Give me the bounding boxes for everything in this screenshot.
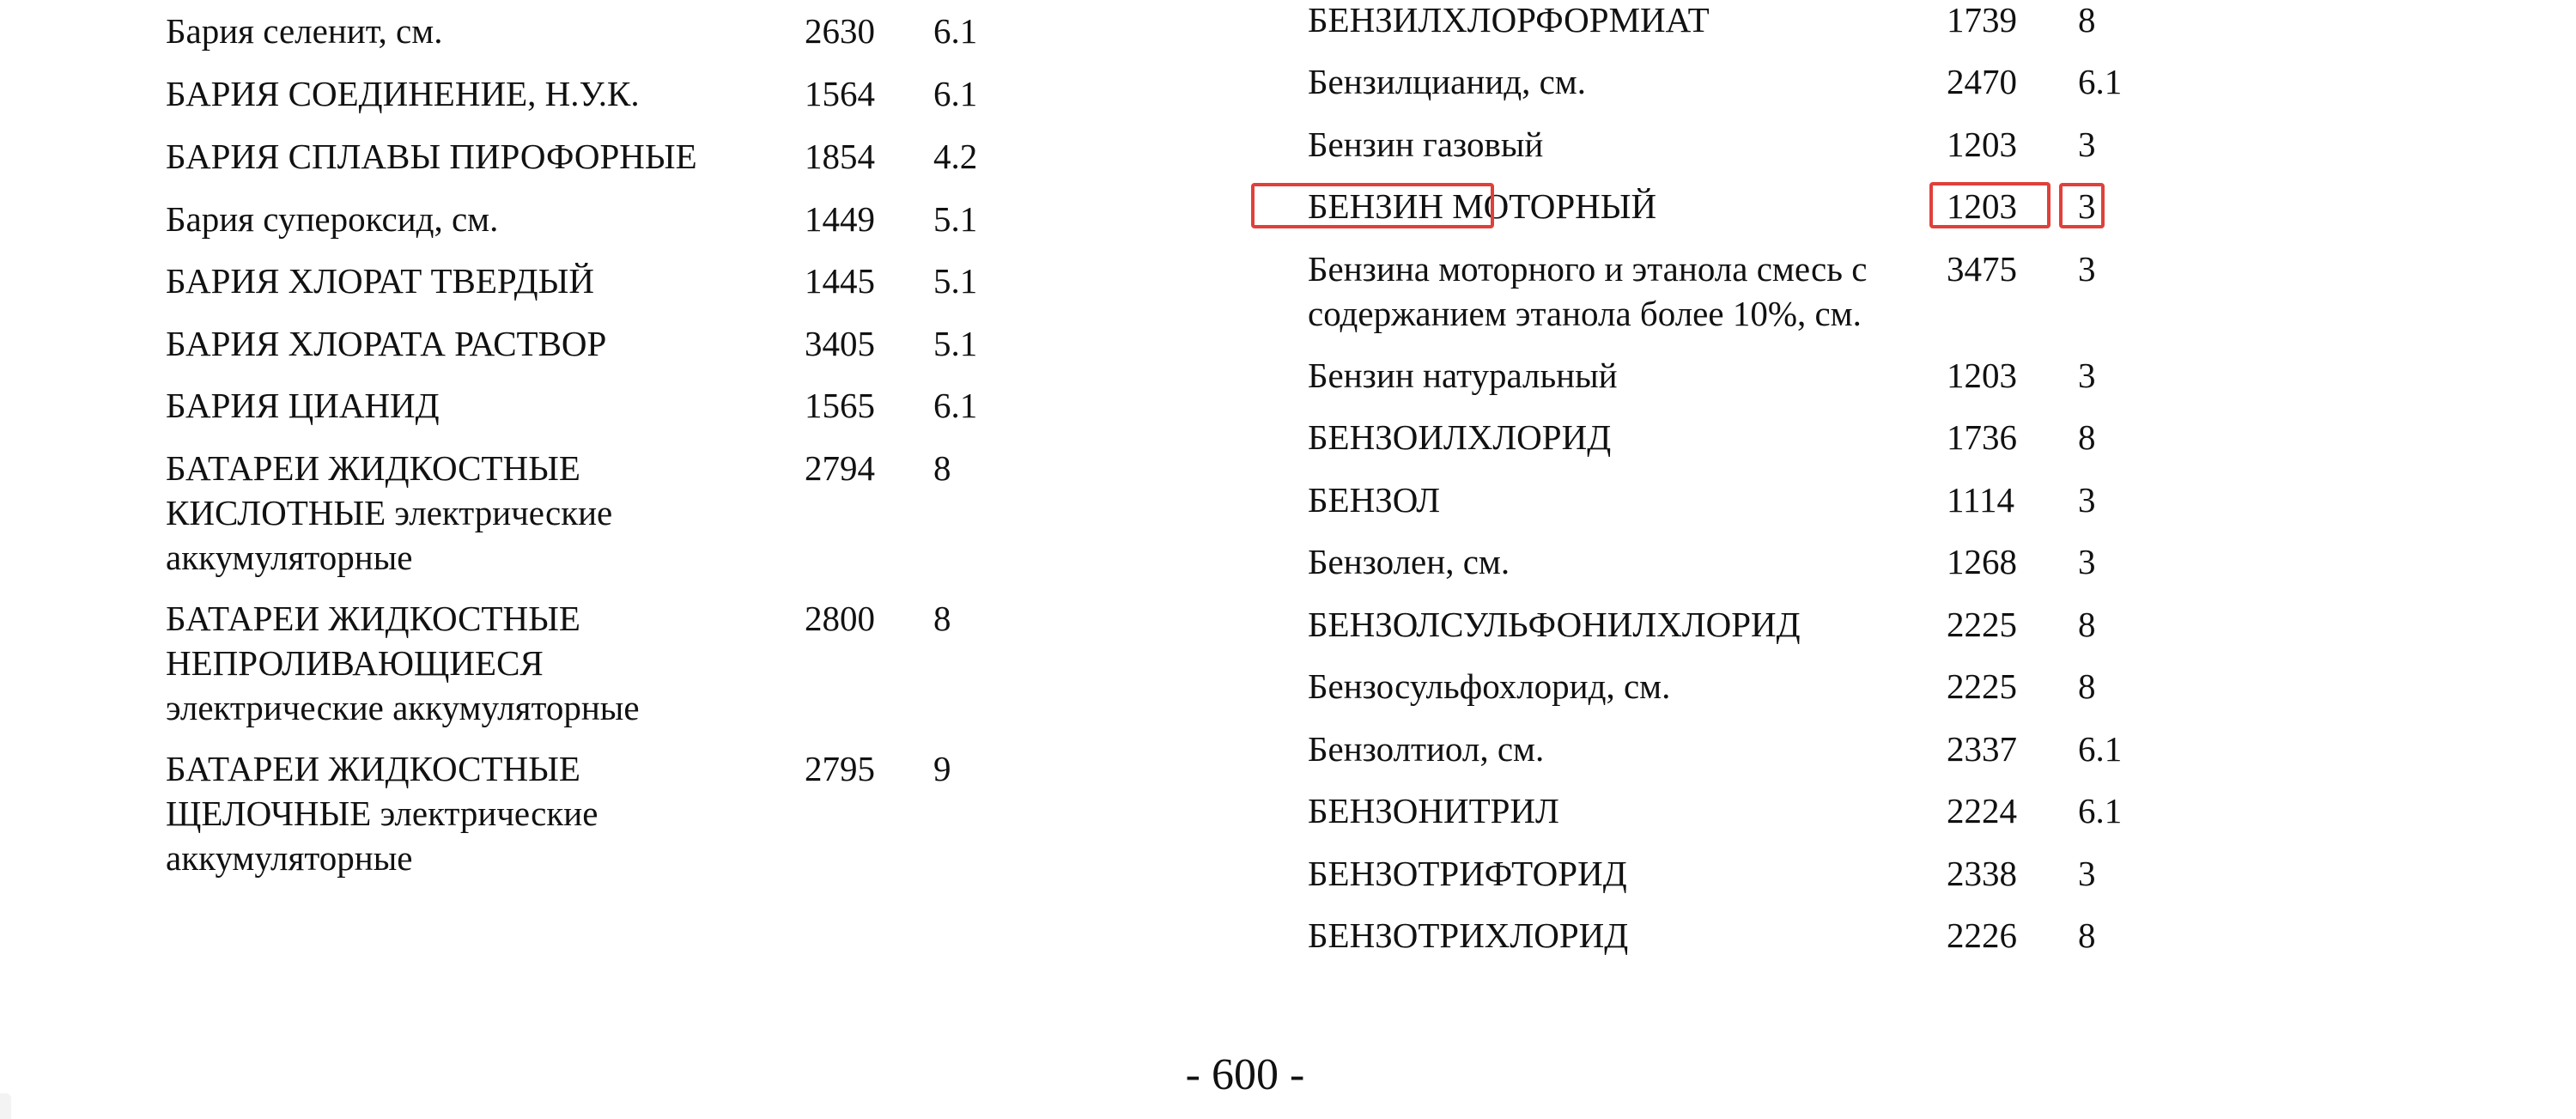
substance-name: БЕНЗОИЛХЛОРИД <box>1308 415 1926 459</box>
substance-name: БАРИЯ СПЛАВЫ ПИРОФОРНЫЕ <box>166 134 784 179</box>
un-number: 1445 <box>805 258 875 303</box>
un-number: 2226 <box>1947 913 2017 958</box>
substance-name: БАТАРЕИ ЖИДКОСТНЫЕ НЕПРОЛИВАЮЩИЕСЯ элект… <box>166 596 784 730</box>
substance-name: Бария селенит, см. <box>166 9 784 53</box>
substance-name: Бензолен, см. <box>1308 539 1926 584</box>
un-number: 1268 <box>1947 539 2017 584</box>
substance-name: БЕНЗИЛХЛОРФОРМИАТ <box>1308 0 1926 42</box>
substance-name: Бензилцианид, см. <box>1308 59 1926 104</box>
un-number: 1449 <box>805 197 875 241</box>
substance-name: БАРИЯ ЦИАНИД <box>166 383 784 428</box>
un-number: 2225 <box>1947 664 2017 708</box>
hazard-class: 6.1 <box>933 9 977 53</box>
un-number: 1564 <box>805 71 875 116</box>
hazard-class: 8 <box>2078 913 2096 958</box>
hazard-class: 8 <box>933 596 951 641</box>
substance-name: Бензин газовый <box>1308 122 1926 167</box>
hazard-class: 5.1 <box>933 197 977 241</box>
hazard-class: 5.1 <box>933 321 977 366</box>
highlight-box-name <box>1251 183 1494 228</box>
hazard-class: 8 <box>933 446 951 490</box>
hazard-class: 4.2 <box>933 134 977 179</box>
un-number: 1565 <box>805 383 875 428</box>
highlight-box-un-number <box>1929 182 2050 228</box>
un-number: 2224 <box>1947 788 2017 833</box>
substance-name: Бария супероксид, см. <box>166 197 784 241</box>
hazard-class: 8 <box>2078 0 2096 42</box>
substance-name: БАТАРЕИ ЖИДКОСТНЫЕ ЩЕЛОЧНЫЕ электрически… <box>166 746 784 880</box>
hazard-class: 3 <box>2078 122 2096 167</box>
un-number: 2337 <box>1947 727 2017 771</box>
substance-name: БАРИЯ СОЕДИНЕНИЕ, Н.У.К. <box>166 71 784 116</box>
un-number: 2800 <box>805 596 875 641</box>
hazard-class: 3 <box>2078 539 2096 584</box>
hazard-class: 6.1 <box>2078 59 2122 104</box>
document-page: Бария селенит, см. 2630 6.1 БАРИЯ СОЕДИН… <box>0 0 2576 1119</box>
un-number: 1114 <box>1947 477 2014 522</box>
un-number: 2794 <box>805 446 875 490</box>
hazard-class: 6.1 <box>2078 727 2122 771</box>
hazard-class: 3 <box>2078 353 2096 398</box>
substance-name: БЕНЗОЛСУЛЬФОНИЛХЛОРИД <box>1308 602 1926 647</box>
hazard-class: 8 <box>2078 602 2096 647</box>
hazard-class: 6.1 <box>933 383 977 428</box>
hazard-class: 3 <box>2078 477 2096 522</box>
substance-name: БАРИЯ ХЛОРАТ ТВЕРДЫЙ <box>166 258 784 303</box>
hazard-class: 6.1 <box>933 71 977 116</box>
substance-name: Бензосульфохлорид, см. <box>1308 664 1926 708</box>
un-number: 3475 <box>1947 246 2017 291</box>
substance-name: БЕНЗОТРИХЛОРИД <box>1308 913 1926 958</box>
un-number: 2225 <box>1947 602 2017 647</box>
hazard-class: 9 <box>933 746 951 791</box>
substance-name: Бензина моторного и этанола смесь с соде… <box>1308 246 1926 336</box>
hazard-class: 3 <box>2078 246 2096 291</box>
hazard-class: 6.1 <box>2078 788 2122 833</box>
un-number: 2795 <box>805 746 875 791</box>
un-number: 1736 <box>1947 415 2017 459</box>
un-number: 1203 <box>1947 353 2017 398</box>
hazard-class: 3 <box>2078 851 2096 896</box>
page-number: - 600 - <box>0 1049 2490 1101</box>
un-number: 2338 <box>1947 851 2017 896</box>
un-number: 1739 <box>1947 0 2017 42</box>
substance-name: БАРИЯ ХЛОРАТА РАСТВОР <box>166 321 784 366</box>
substance-name: БЕНЗОЛ <box>1308 477 1926 522</box>
un-number: 3405 <box>805 321 875 366</box>
substance-name: БАТАРЕИ ЖИДКОСТНЫЕ КИСЛОТНЫЕ электрическ… <box>166 446 784 580</box>
un-number: 1203 <box>1947 122 2017 167</box>
un-number: 2630 <box>805 9 875 53</box>
substance-name: БЕНЗОТРИФТОРИД <box>1308 851 1926 896</box>
un-number: 1854 <box>805 134 875 179</box>
corner-tab <box>0 1093 11 1119</box>
hazard-class: 5.1 <box>933 258 977 303</box>
substance-name: Бензолтиол, см. <box>1308 727 1926 771</box>
substance-name: Бензин натуральный <box>1308 353 1926 398</box>
highlight-box-hazard-class <box>2059 183 2105 228</box>
hazard-class: 8 <box>2078 664 2096 708</box>
substance-name: БЕНЗОНИТРИЛ <box>1308 788 1926 833</box>
un-number: 2470 <box>1947 59 2017 104</box>
hazard-class: 8 <box>2078 415 2096 459</box>
